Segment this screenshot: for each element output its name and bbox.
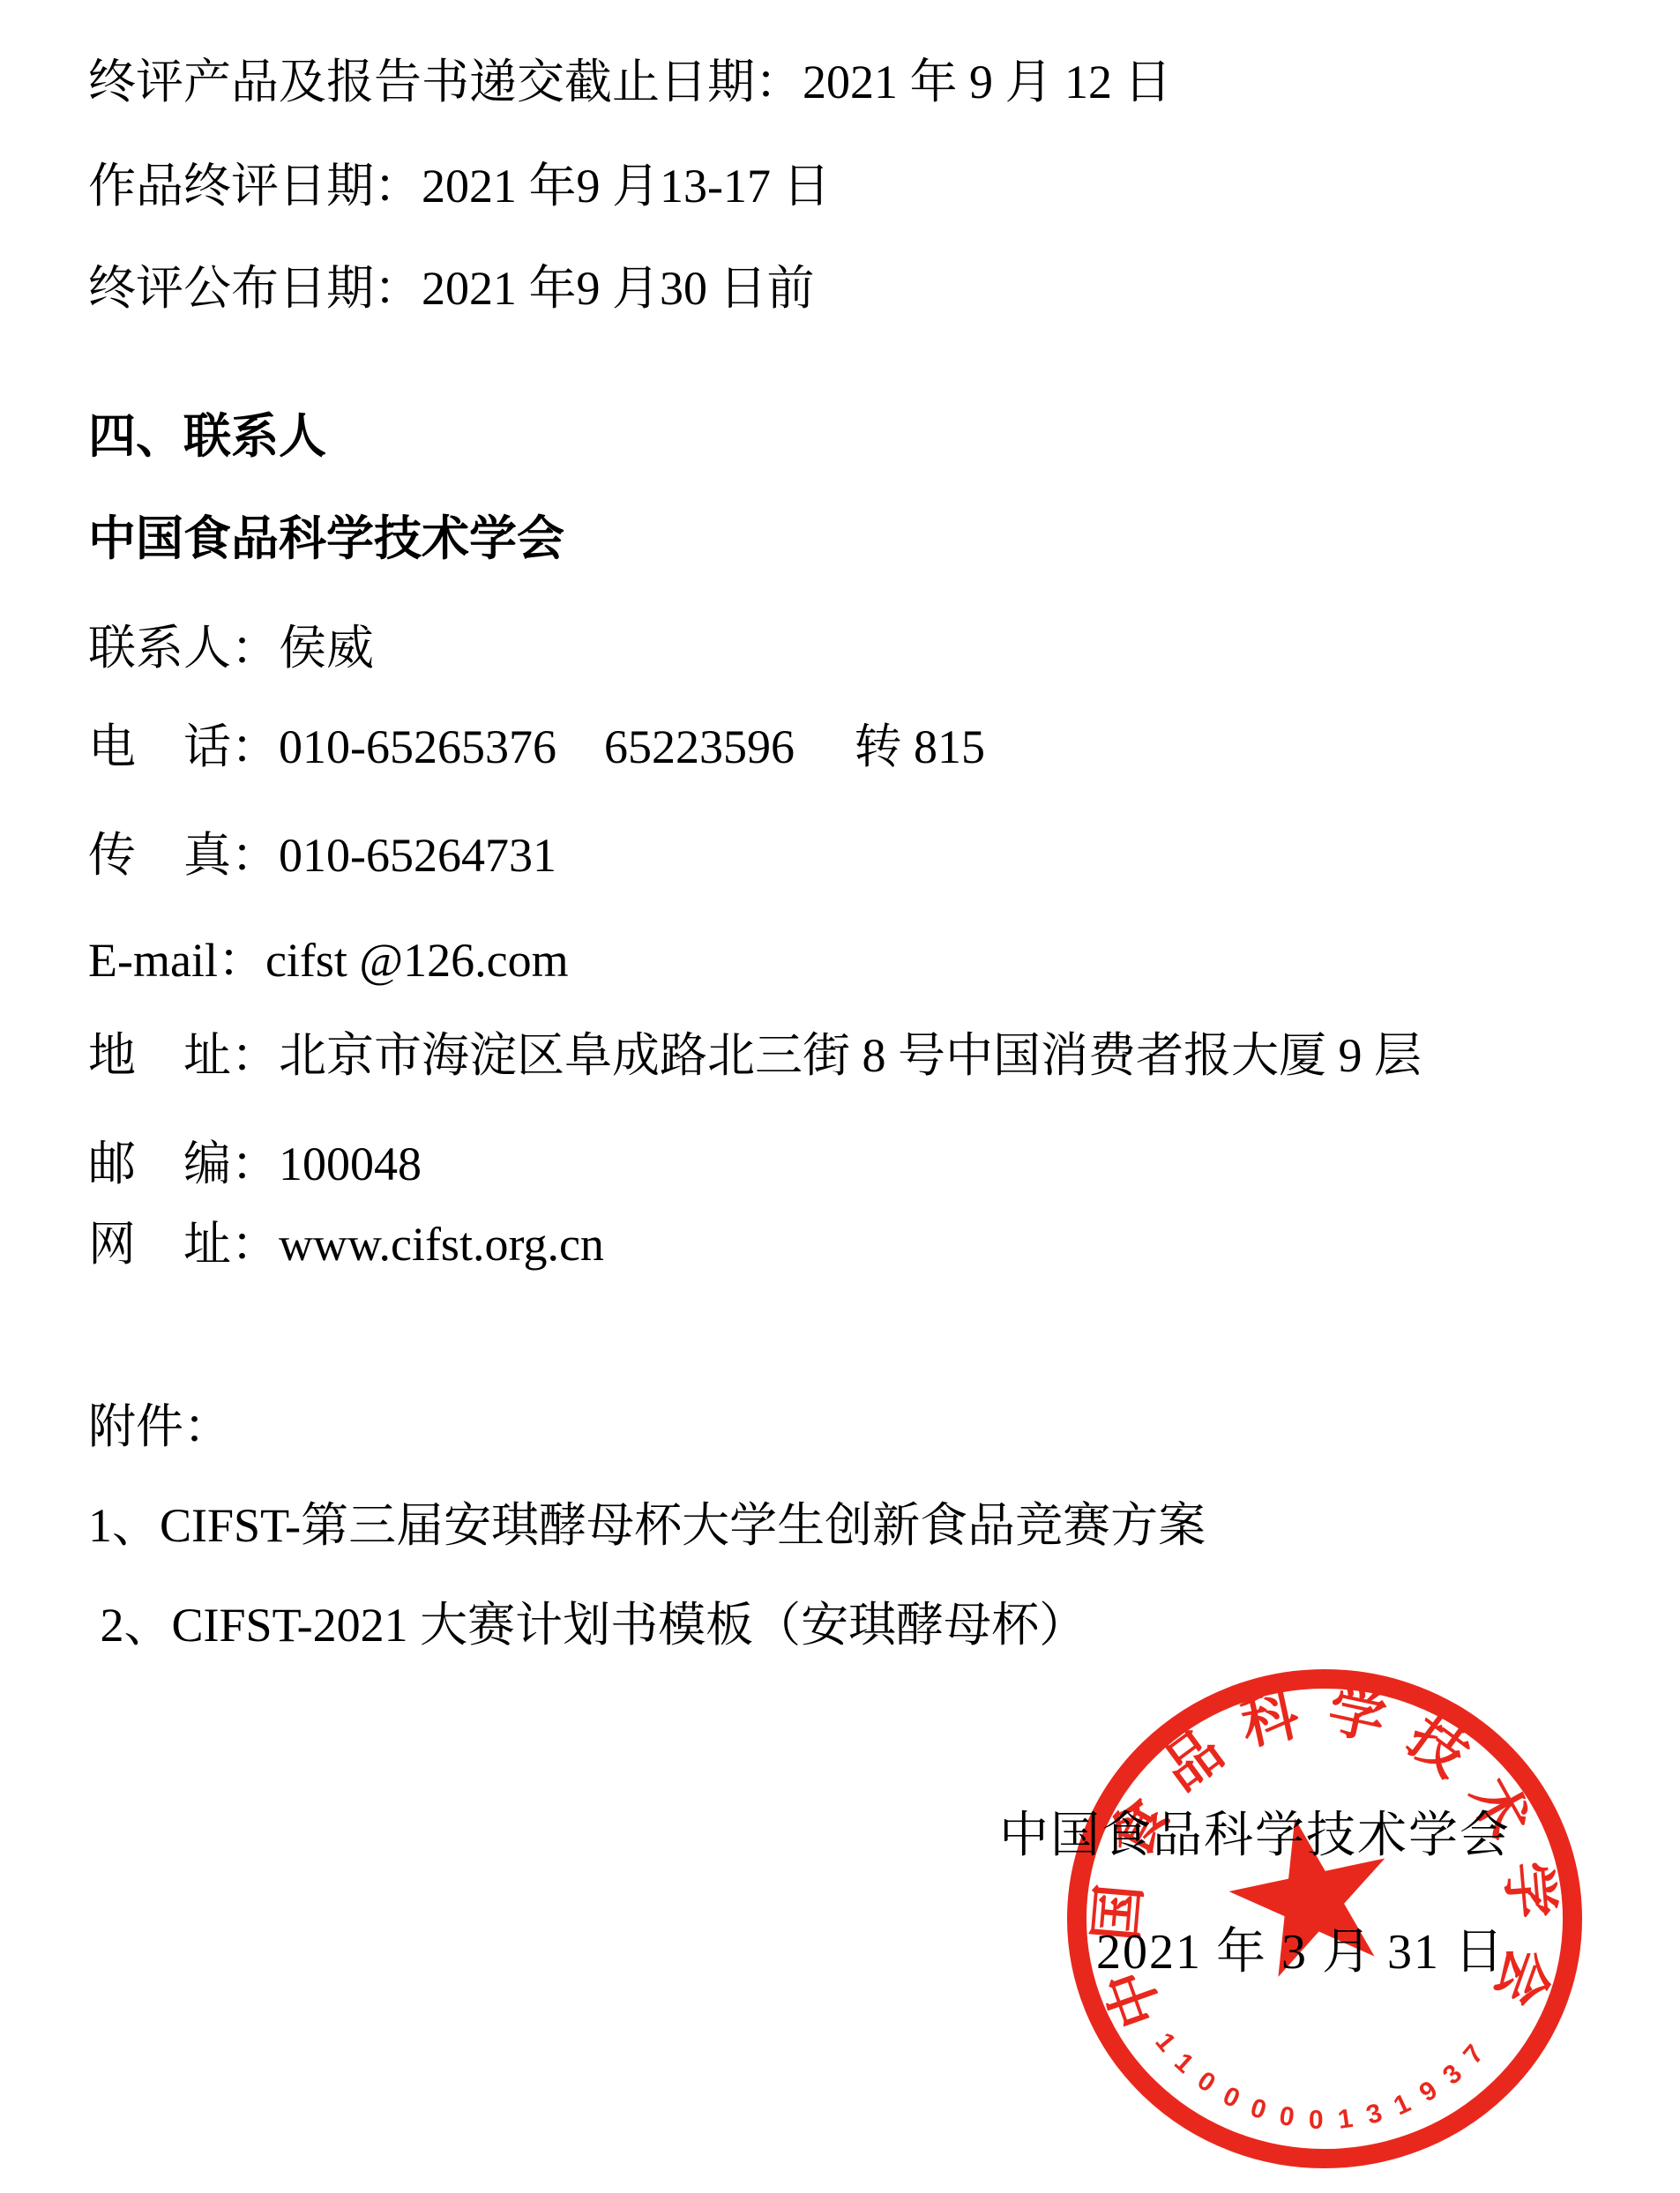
stamp-serial-number: 1100000131937 bbox=[1149, 2027, 1499, 2135]
schedule-final-submission-deadline: 终评产品及报告书递交截止日期：2021 年 9 月 12 日 bbox=[88, 55, 1172, 111]
contact-phone: 电 话：010-65265376 65223596 转 815 bbox=[88, 720, 985, 776]
contact-org-name: 中国食品科学技术学会 bbox=[88, 511, 564, 568]
signature-org: 中国食品科学技术学会 bbox=[999, 1809, 1511, 1864]
schedule-final-review-date: 作品终评日期：2021 年9 月13-17 日 bbox=[88, 159, 830, 215]
stamp-ring bbox=[1077, 1679, 1572, 2159]
contact-email: E-mail：cifst @126.com bbox=[88, 933, 569, 989]
schedule-final-announce-date: 终评公布日期：2021 年9 月30 日前 bbox=[88, 261, 815, 317]
attachment-item-1: 1、CIFST-第三届安琪酵母杯大学生创新食品竞赛方案 bbox=[88, 1498, 1206, 1555]
official-seal-stamp: 中国食品科学技术学会 1100000131937 bbox=[0, 0, 1680, 2193]
document-page: 终评产品及报告书递交截止日期：2021 年 9 月 12 日 作品终评日期：20… bbox=[0, 0, 1680, 2193]
contact-website: 网 址：www.cifst.org.cn bbox=[88, 1217, 604, 1273]
attachments-heading: 附件： bbox=[88, 1399, 231, 1456]
attachment-item-2: 2、CIFST-2021 大赛计划书模板（安琪酵母杯） bbox=[88, 1598, 1086, 1654]
contact-address: 地 址：北京市海淀区阜成路北三街 8 号中国消费者报大厦 9 层 bbox=[88, 1028, 1422, 1085]
signature-date: 2021 年 3 月 31 日 bbox=[1096, 1926, 1505, 1980]
contact-person: 联系人：侯威 bbox=[88, 621, 374, 677]
contact-zip: 邮 编：100048 bbox=[88, 1137, 422, 1193]
contact-fax: 传 真：010-65264731 bbox=[88, 828, 556, 884]
contact-section-heading: 四、联系人 bbox=[88, 409, 326, 466]
